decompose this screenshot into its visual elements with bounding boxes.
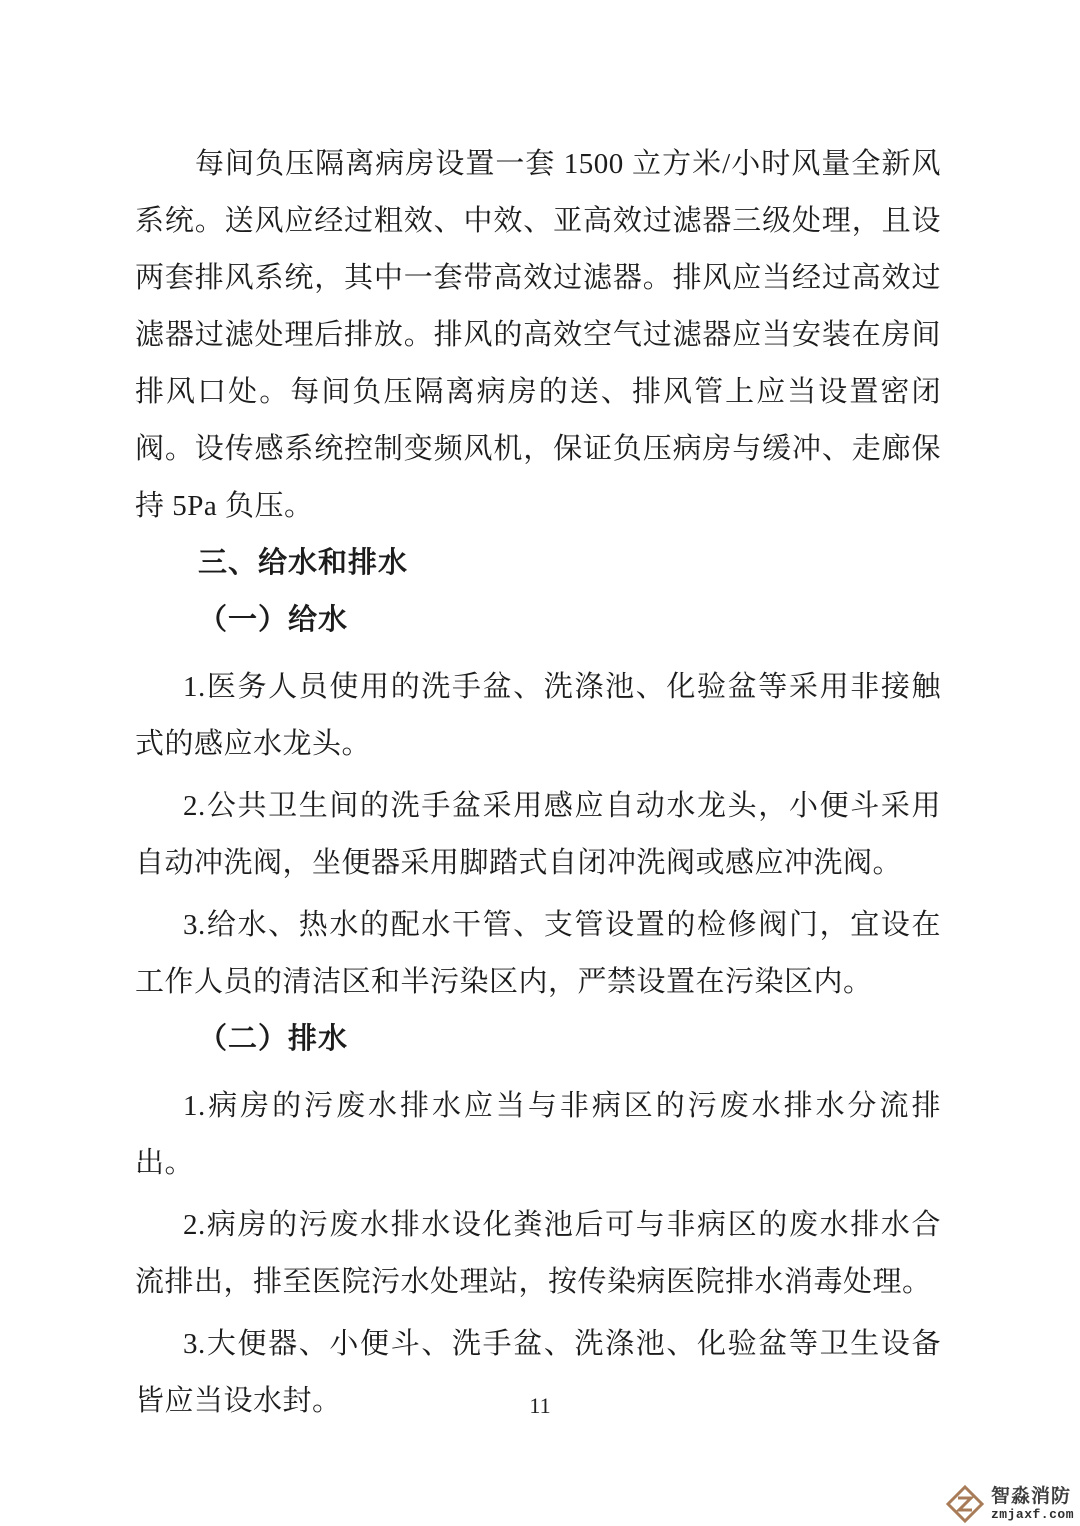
paragraph-water-supply-item-2: 2.公共卫生间的洗手盆采用感应自动水龙头，小便斗采用自动冲洗阀，坐便器采用脚踏式…: [135, 778, 941, 892]
paragraph-drainage-item-1: 1.病房的污废水排水应当与非病区的污废水排水分流排出。: [135, 1078, 941, 1192]
brand-logo-icon: [944, 1485, 986, 1523]
paragraph-water-supply-item-3: 3.给水、热水的配水干管、支管设置的检修阀门，宜设在工作人员的清洁区和半污染区内…: [135, 897, 941, 1011]
document-body: 每间负压隔离病房设置一套 1500 立方米/小时风量全新风系统。送风应经过粗效、…: [135, 136, 941, 1430]
heading-subsection-water-supply: （一）给水: [135, 592, 941, 649]
brand-name: 智淼消防: [991, 1486, 1074, 1507]
brand-watermark: 智淼消防 zmjaxf.com: [944, 1485, 1074, 1523]
paragraph-ventilation-system: 每间负压隔离病房设置一套 1500 立方米/小时风量全新风系统。送风应经过粗效、…: [135, 136, 941, 535]
brand-domain: zmjaxf.com: [991, 1507, 1074, 1522]
brand-text-block: 智淼消防 zmjaxf.com: [991, 1486, 1074, 1522]
heading-section-water-supply-drainage: 三、给水和排水: [135, 535, 941, 592]
heading-subsection-drainage: （二）排水: [135, 1011, 941, 1068]
document-page: 每间负压隔离病房设置一套 1500 立方米/小时风量全新风系统。送风应经过粗效、…: [0, 0, 1080, 1526]
paragraph-water-supply-item-1: 1.医务人员使用的洗手盆、洗涤池、化验盆等采用非接触式的感应水龙头。: [135, 659, 941, 773]
paragraph-drainage-item-2: 2.病房的污废水排水设化粪池后可与非病区的废水排水合流排出，排至医院污水处理站，…: [135, 1197, 941, 1311]
page-number: 11: [0, 1392, 1080, 1420]
